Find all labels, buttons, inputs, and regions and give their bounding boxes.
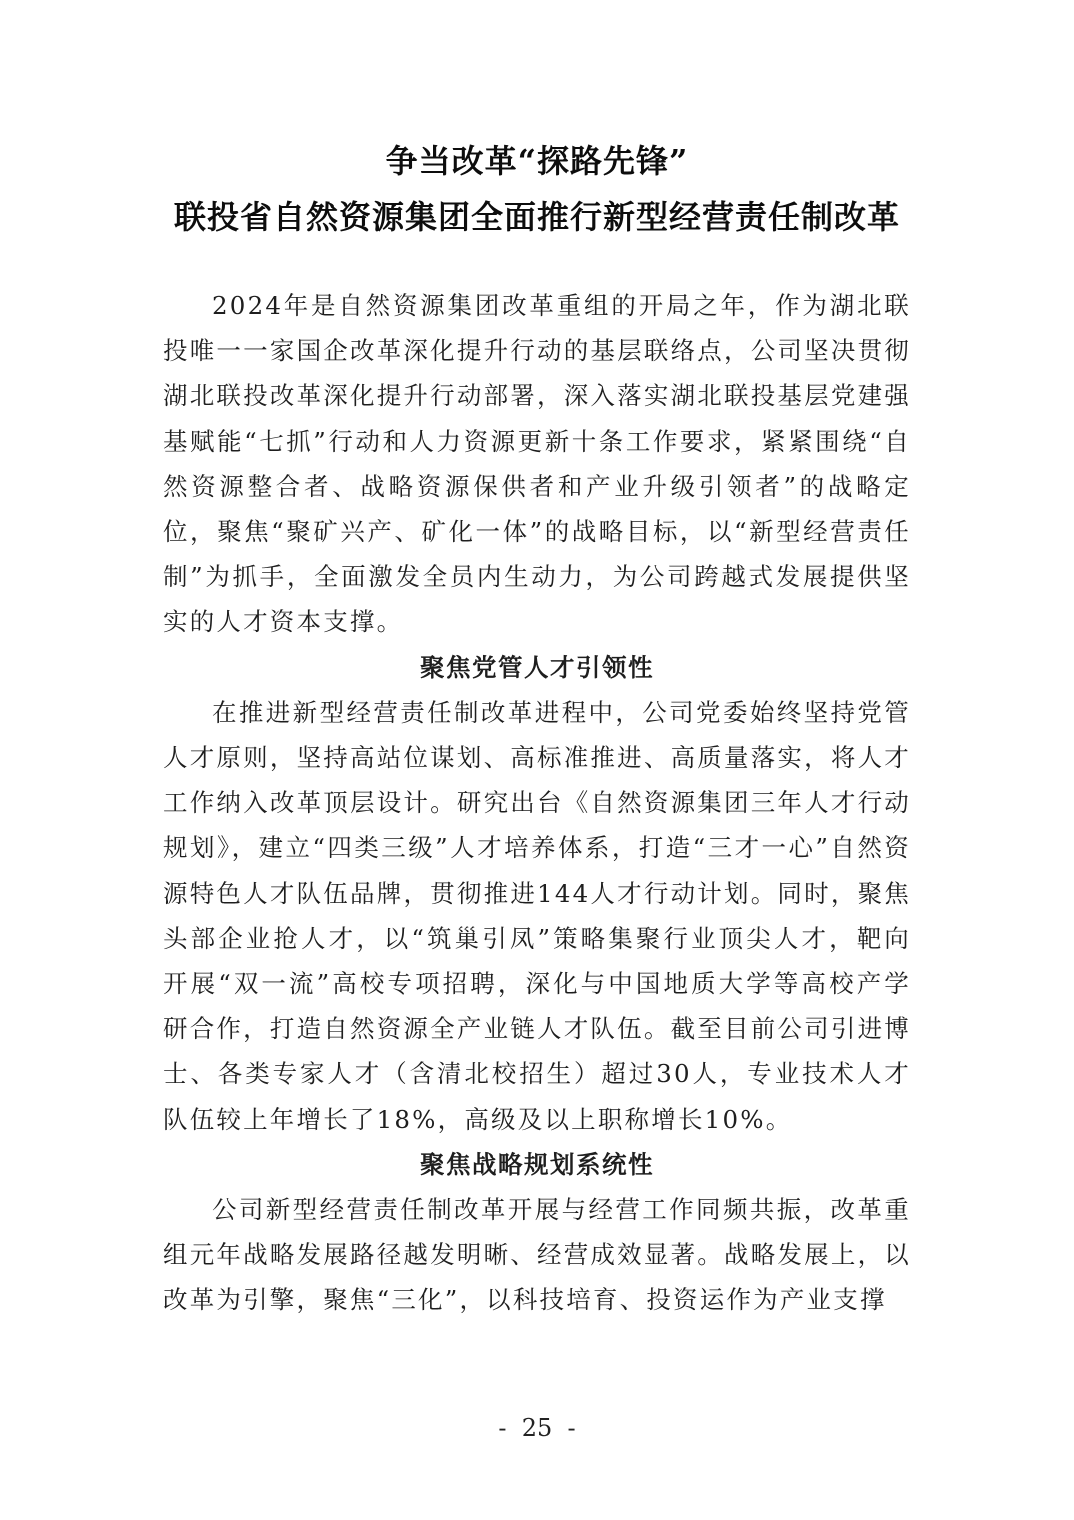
- page-number: - 25 -: [0, 1414, 1074, 1442]
- section-heading-strategy: 聚焦战略规划系统性: [163, 1142, 911, 1187]
- title-line-2: 联投省自然资源集团全面推行新型经营责任制改革: [0, 189, 1074, 245]
- section-paragraph-talent: 在推进新型经营责任制改革进程中，公司党委始终坚持党管人才原则，坚持高站位谋划、高…: [163, 690, 911, 1142]
- document-page: 争当改革“探路先锋” 联投省自然资源集团全面推行新型经营责任制改革 2024年是…: [0, 0, 1074, 1520]
- article-body: 2024年是自然资源集团改革重组的开局之年，作为湖北联投唯一一家国企改革深化提升…: [163, 283, 911, 1323]
- intro-paragraph: 2024年是自然资源集团改革重组的开局之年，作为湖北联投唯一一家国企改革深化提升…: [163, 283, 911, 645]
- title-line-1: 争当改革“探路先锋”: [0, 133, 1074, 189]
- section-heading-talent: 聚焦党管人才引领性: [163, 645, 911, 690]
- article-title: 争当改革“探路先锋” 联投省自然资源集团全面推行新型经营责任制改革: [0, 133, 1074, 245]
- section-paragraph-strategy: 公司新型经营责任制改革开展与经营工作同频共振，改革重组元年战略发展路径越发明晰、…: [163, 1187, 911, 1323]
